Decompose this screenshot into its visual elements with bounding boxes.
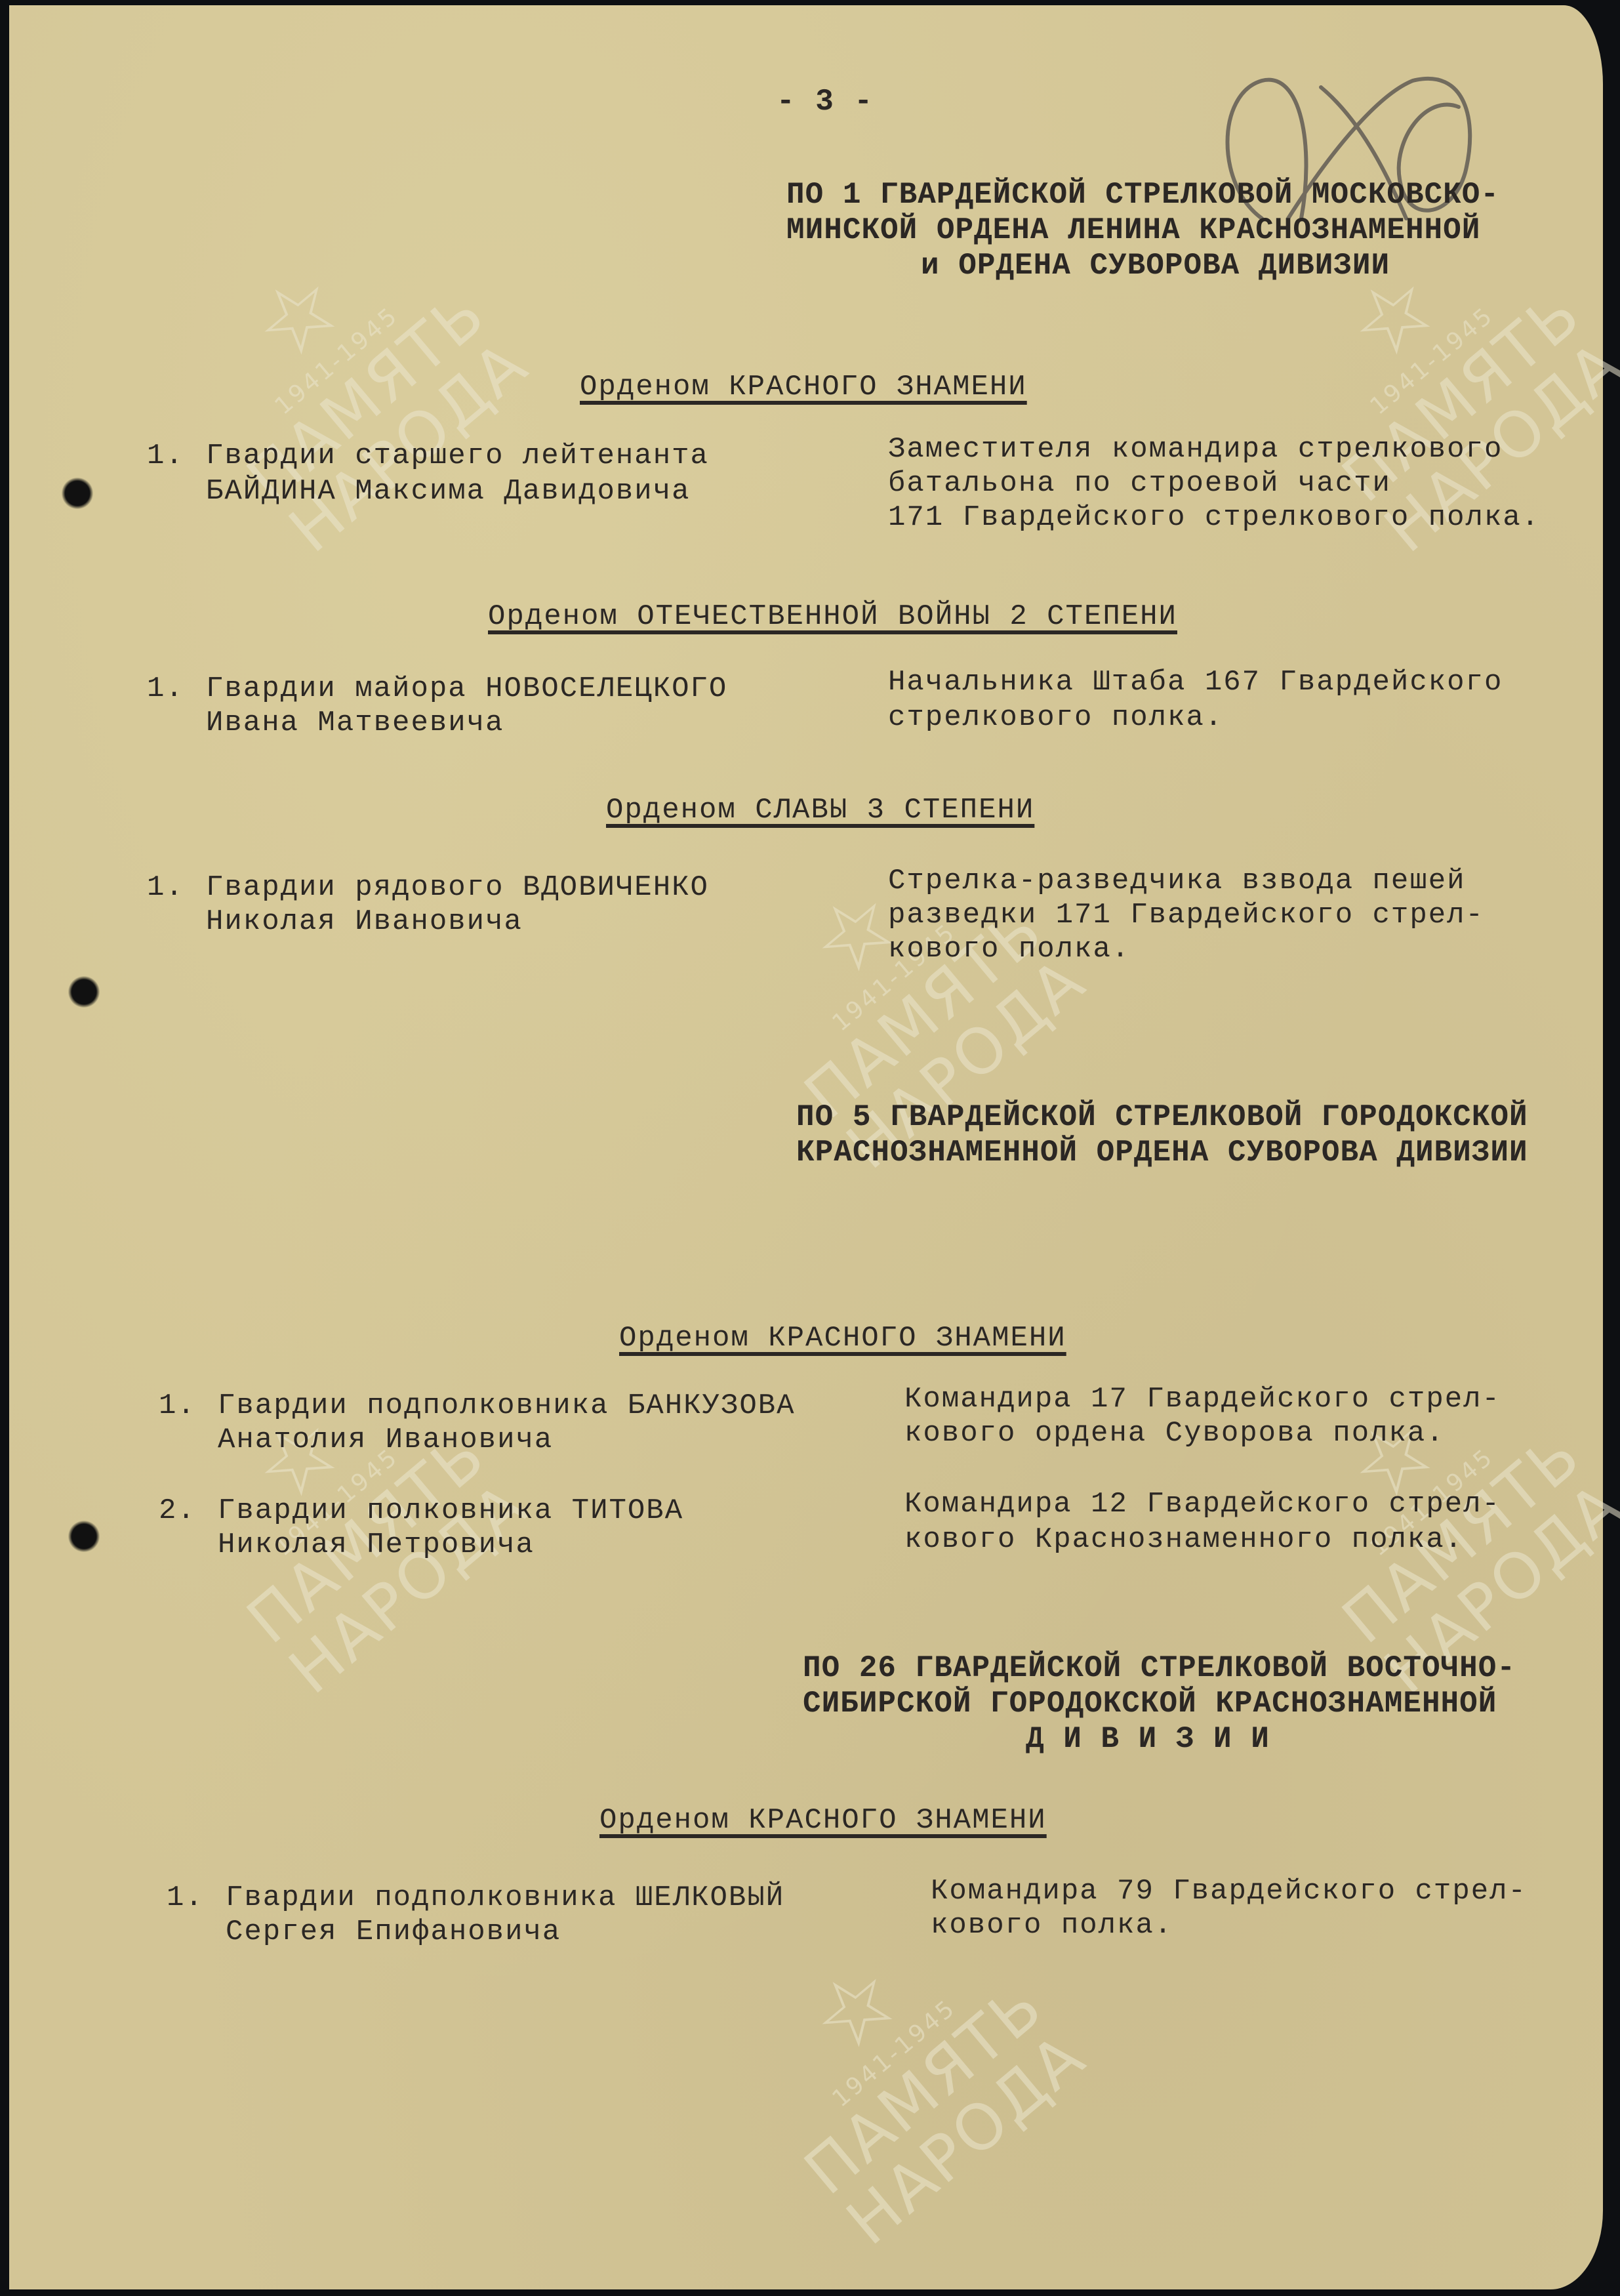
recipient-name: Анатолия Ивановича	[218, 1422, 553, 1458]
recipient-position: кового полка.	[931, 1908, 1173, 1943]
recipient-name: Гвардии полковника ТИТОВА	[218, 1493, 683, 1528]
award-title: Орденом СЛАВЫ 3 СТЕПЕНИ	[606, 792, 1034, 828]
recipient-name: БАЙДИНА Максима Давидовича	[206, 474, 691, 509]
division-heading: и ОРДЕНА СУВОРОВА ДИВИЗИИ	[921, 248, 1390, 283]
recipient-name: Сергея Епифановича	[226, 1914, 561, 1950]
recipient-name: Гвардии майора НОВОСЕЛЕЦКОГО	[206, 671, 727, 707]
entry-number: 1.	[147, 671, 184, 707]
star-icon: ☆	[160, 189, 438, 443]
punch-hole	[62, 478, 93, 509]
division-heading: ПО 26 ГВАРДЕЙСКОЙ СТРЕЛКОВОЙ ВОСТОЧНО-	[803, 1650, 1516, 1686]
entry-number: 1.	[167, 1880, 204, 1916]
entry-number: 2.	[159, 1493, 196, 1528]
entry-number: 1.	[147, 438, 184, 474]
recipient-position: кового Краснознаменного полка.	[904, 1522, 1463, 1557]
recipient-position: 171 Гвардейского стрелкового полка.	[888, 500, 1540, 535]
division-heading: Д И В И З И И	[1026, 1721, 1270, 1757]
recipient-position: кового полка.	[888, 932, 1130, 967]
division-heading: КРАСНОЗНАМЕННОЙ ОРДЕНА СУВОРОВА ДИВИЗИИ	[796, 1135, 1528, 1170]
recipient-position: Стрелка-разведчика взвода пешей	[888, 863, 1466, 899]
entry-number: 1.	[159, 1388, 196, 1424]
recipient-position: Командира 79 Гвардейского стрел-	[931, 1874, 1527, 1909]
recipient-position: Командира 17 Гвардейского стрел-	[904, 1382, 1501, 1417]
recipient-position: кового ордена Суворова полка.	[904, 1416, 1445, 1451]
recipient-name: Николая Петровича	[218, 1527, 535, 1563]
award-title: Орденом ОТЕЧЕСТВЕННОЙ ВОЙНЫ 2 СТЕПЕНИ	[488, 599, 1177, 634]
award-title: Орденом КРАСНОГО ЗНАМЕНИ	[599, 1803, 1047, 1838]
recipient-name: Гвардии подполковника ШЕЛКОВЫЙ	[226, 1880, 784, 1916]
recipient-name: Гвардии подполковника БАНКУЗОВА	[218, 1388, 796, 1424]
recipient-position: Заместителя командира стрелкового	[888, 432, 1503, 467]
entry-number: 1.	[147, 870, 184, 905]
division-heading: СИБИРСКОЙ ГОРОДОКСКОЙ КРАСНОЗНАМЕННОЙ	[803, 1686, 1497, 1721]
recipient-position: разведки 171 Гвардейского стрел-	[888, 897, 1484, 933]
recipient-name: Гвардии рядового ВДОВИЧЕНКО	[206, 870, 709, 905]
recipient-position: Начальника Штаба 167 Гвардейского	[888, 665, 1503, 700]
division-heading: МИНСКОЙ ОРДЕНА ЛЕНИНА КРАСНОЗНАМЕННОЙ	[786, 213, 1480, 248]
division-heading: ПО 5 ГВАРДЕЙСКОЙ СТРЕЛКОВОЙ ГОРОДОКСКОЙ	[796, 1099, 1528, 1135]
punch-hole	[68, 976, 100, 1008]
recipient-position: Командира 12 Гвардейского стрел-	[904, 1486, 1501, 1522]
punch-hole	[68, 1521, 100, 1552]
page-number: - 3 -	[777, 84, 874, 119]
recipient-name: Николая Ивановича	[206, 904, 523, 939]
award-title: Орденом КРАСНОГО ЗНАМЕНИ	[619, 1321, 1066, 1356]
recipient-position: батальона по строевой части	[888, 466, 1391, 501]
award-title: Орденом КРАСНОГО ЗНАМЕНИ	[580, 369, 1027, 405]
document-page: ☆ 1941-1945 ПАМЯТЬ НАРОДА ☆ 1941-1945 ПА…	[9, 5, 1603, 2289]
division-heading: ПО 1 ГВАРДЕЙСКОЙ СТРЕЛКОВОЙ МОСКОВСКО-	[786, 177, 1499, 213]
recipient-name: Гвардии старшего лейтенанта	[206, 438, 709, 474]
recipient-name: Ивана Матвеевича	[206, 705, 504, 741]
recipient-position: стрелкового полка.	[888, 700, 1223, 735]
